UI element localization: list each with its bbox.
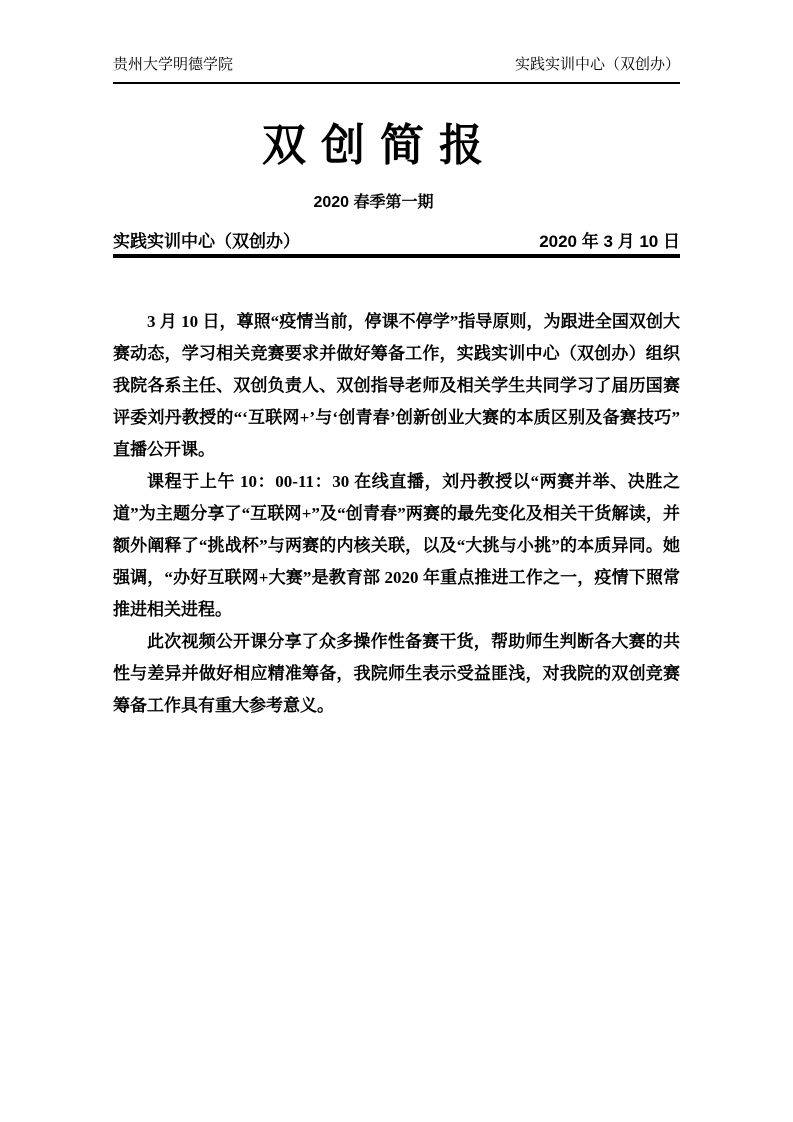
document-page: 贵州大学明德学院 实践实训中心（双创办） 双 创 简 报 2020 春季第一期 … xyxy=(0,0,793,1122)
body-paragraph: 3 月 10 日，尊照“疫情当前，停课不停学”指导原则，为跟进全国双创大赛动态，… xyxy=(113,306,680,466)
issuer-label: 实践实训中心（双创办） xyxy=(113,233,300,250)
body-text: 3 月 10 日，尊照“疫情当前，停课不停学”指导原则，为跟进全国双创大赛动态，… xyxy=(113,306,680,722)
page-title: 双 创 简 报 xyxy=(90,124,657,168)
body-paragraph: 课程于上午 10：00-11：30 在线直播，刘丹教授以“两赛并举、决胜之道”为… xyxy=(113,466,680,626)
date-label: 2020 年 3 月 10 日 xyxy=(539,233,680,250)
masthead: 双 创 简 报 2020 春季第一期 xyxy=(90,124,657,211)
running-header: 贵州大学明德学院 实践实训中心（双创办） xyxy=(113,0,680,84)
issue-label: 2020 春季第一期 xyxy=(90,195,657,211)
page-content: 贵州大学明德学院 实践实训中心（双创办） 双 创 简 报 2020 春季第一期 … xyxy=(113,0,680,722)
info-bar: 实践实训中心（双创办） 2020 年 3 月 10 日 xyxy=(113,233,680,258)
running-header-institution: 贵州大学明德学院 xyxy=(113,56,233,75)
running-header-department: 实践实训中心（双创办） xyxy=(515,56,680,75)
body-paragraph: 此次视频公开课分享了众多操作性备赛干货，帮助师生判断各大赛的共性与差异并做好相应… xyxy=(113,626,680,722)
